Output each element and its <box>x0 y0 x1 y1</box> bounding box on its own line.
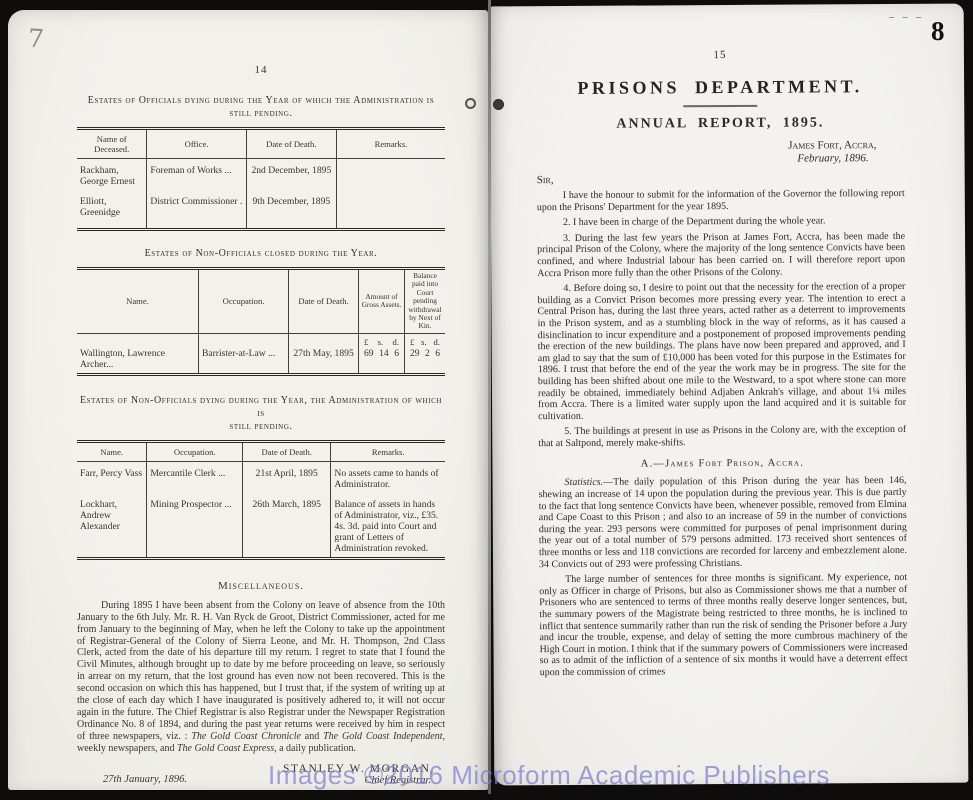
cell-remarks: Balance of assets in hands of Administra… <box>331 493 445 559</box>
amount-values: 69 14 6 <box>362 348 401 359</box>
amount-shillings: 2 <box>425 348 430 359</box>
cell-date: 2nd December, 1895 <box>246 159 336 191</box>
header-date-of-death: Date of Death. <box>289 269 359 334</box>
header-name: Name. <box>77 269 198 334</box>
pending-estates-title-line2: still pending. <box>77 420 445 433</box>
report-subtitle: ANNUAL REPORT, 1895. <box>536 115 904 133</box>
header-occupation: Occupation. <box>147 441 243 461</box>
header-remarks: Remarks. <box>336 129 445 159</box>
right-page: 15 PRISONS DEPARTMENT. ANNUAL REPORT, 18… <box>490 4 969 786</box>
cell-deceased-name: Elliott, Greenidge <box>77 190 147 230</box>
officials-table-header-row: Name of Deceased. Office. Date of Death.… <box>77 129 445 159</box>
unit-shillings: s. <box>421 337 427 348</box>
table-row: Rackham, George Ernest Foreman of Works … <box>77 159 445 191</box>
section-heading-james-fort: A.—James Fort Prison, Accra. <box>538 457 906 470</box>
cell-remarks: No assets came to hands of Administrator… <box>331 461 445 493</box>
miscellaneous-heading: Miscellaneous. <box>77 580 445 592</box>
right-page-content: 15 PRISONS DEPARTMENT. ANNUAL REPORT, 18… <box>490 4 968 679</box>
officials-table-title-line2: still pending. <box>77 107 445 120</box>
page-seam <box>488 0 491 794</box>
header-remarks: Remarks. <box>331 441 445 461</box>
unit-shillings: s. <box>378 337 384 348</box>
pencil-mark: 7 <box>27 23 45 53</box>
pending-estates-title-line1: Estates of Non-Officials dying during th… <box>77 394 445 420</box>
closing-paragraph: The large number of sentences for three … <box>539 572 908 679</box>
cell-date: 27th May, 1895 <box>289 333 359 374</box>
currency-units: £ s. d. <box>362 337 401 348</box>
cell-remarks <box>336 159 445 191</box>
unit-pounds: £ <box>410 337 414 348</box>
statistics-paragraph: Statistics.—The daily population of this… <box>539 475 908 570</box>
officials-table-title: Estates of Officials dying during the Ye… <box>77 94 445 120</box>
pencil-dashes-mark: – – – <box>889 12 924 23</box>
table-row: Farr, Percy Vass Mercantile Clerk ... 21… <box>77 461 445 493</box>
header-occupation: Occupation. <box>198 269 288 334</box>
left-page: 14 Estates of Officials dying during the… <box>8 10 488 790</box>
amount-pence: 6 <box>394 348 399 359</box>
punch-hole-left <box>465 98 476 109</box>
report-paragraph-4: 4. Before doing so, I desire to point ou… <box>537 281 906 422</box>
cell-office: Foreman of Works ... <box>147 159 246 191</box>
left-page-number: 14 <box>77 64 445 76</box>
cell-date: 26th March, 1895 <box>243 493 331 559</box>
cell-occupation: Mining Prospector ... <box>147 493 243 559</box>
miscellaneous-paragraph: During 1895 I have been absent from the … <box>77 600 445 755</box>
report-paragraph-2: 2. I have been in charge of the Departme… <box>537 215 905 229</box>
header-name: Name. <box>77 441 147 461</box>
cell-gross-assets: £ s. d. 69 14 6 <box>359 333 405 374</box>
title-rule <box>683 105 757 107</box>
amount-pence: 6 <box>435 348 440 359</box>
amount-pounds: 29 <box>410 348 420 359</box>
unit-pence: d. <box>393 337 399 348</box>
amount-pounds: 69 <box>364 348 374 359</box>
amount-shillings: 14 <box>379 348 389 359</box>
left-page-content: 14 Estates of Officials dying during the… <box>8 10 488 790</box>
header-office: Office. <box>147 129 246 159</box>
folio-number-mark: 8 <box>931 16 945 47</box>
cell-occupation: Mercantile Clerk ... <box>147 461 243 493</box>
cell-date: 9th December, 1895 <box>246 190 336 230</box>
cell-date: 21st April, 1895 <box>243 461 331 493</box>
table-row: Elliott, Greenidge District Commissioner… <box>77 190 445 230</box>
officials-table-title-line1: Estates of Officials dying during the Ye… <box>77 94 445 107</box>
punch-hole-right <box>493 99 504 110</box>
scanned-book-spread: 14 Estates of Officials dying during the… <box>0 0 973 800</box>
header-date-of-death: Date of Death. <box>246 129 336 159</box>
closed-estates-header-row: Name. Occupation. Date of Death. Amount … <box>77 269 445 334</box>
pending-estates-header-row: Name. Occupation. Date of Death. Remarks… <box>77 441 445 461</box>
pending-estates-table-title: Estates of Non-Officials dying during th… <box>77 394 445 433</box>
closed-estates-table: Name. Occupation. Date of Death. Amount … <box>77 267 445 376</box>
report-paragraph-5: 5. The buildings at present in use as Pr… <box>538 424 906 449</box>
header-name-of-deceased: Name of Deceased. <box>77 129 147 159</box>
report-paragraph-3: 3. During the last few years the Prison … <box>537 231 905 280</box>
report-paragraph-1: I have the honour to submit for the info… <box>537 188 905 213</box>
table-row: Wallington, Lawrence Archer... Barrister… <box>77 333 445 374</box>
pending-estates-table: Name. Occupation. Date of Death. Remarks… <box>77 440 445 560</box>
header-balance: Balance paid into Court pending withdraw… <box>405 269 446 334</box>
signature-date: 27th January, 1896. <box>77 774 187 786</box>
cell-occupation: Barrister-at-Law ... <box>198 333 288 374</box>
amount-values: 29 2 6 <box>408 348 442 359</box>
unit-pence: d. <box>434 337 440 348</box>
header-date-of-death: Date of Death. <box>243 441 331 461</box>
publisher-watermark: Images ©2016 Microform Academic Publishe… <box>268 760 830 791</box>
address-date: February, 1896. <box>537 152 905 167</box>
header-gross-assets: Amount of Gross Assets. <box>359 269 405 334</box>
report-title: PRISONS DEPARTMENT. <box>536 76 904 99</box>
cell-balance: £ s. d. 29 2 6 <box>405 333 446 374</box>
cell-remarks <box>336 190 445 230</box>
currency-units: £ s. d. <box>408 337 442 348</box>
cell-name: Wallington, Lawrence Archer... <box>77 333 198 374</box>
cell-office: District Commissioner . <box>147 190 246 230</box>
cell-name: Farr, Percy Vass <box>77 461 147 493</box>
right-page-number: 15 <box>536 48 904 62</box>
salutation: Sir, <box>537 172 905 186</box>
cell-name: Lockhart, Andrew Alexander <box>77 493 147 559</box>
table-row: Lockhart, Andrew Alexander Mining Prospe… <box>77 493 445 559</box>
unit-pounds: £ <box>364 337 368 348</box>
cell-deceased-name: Rackham, George Ernest <box>77 159 147 191</box>
closed-estates-table-title: Estates of Non-Officials closed during t… <box>77 247 445 260</box>
officials-table: Name of Deceased. Office. Date of Death.… <box>77 127 445 231</box>
